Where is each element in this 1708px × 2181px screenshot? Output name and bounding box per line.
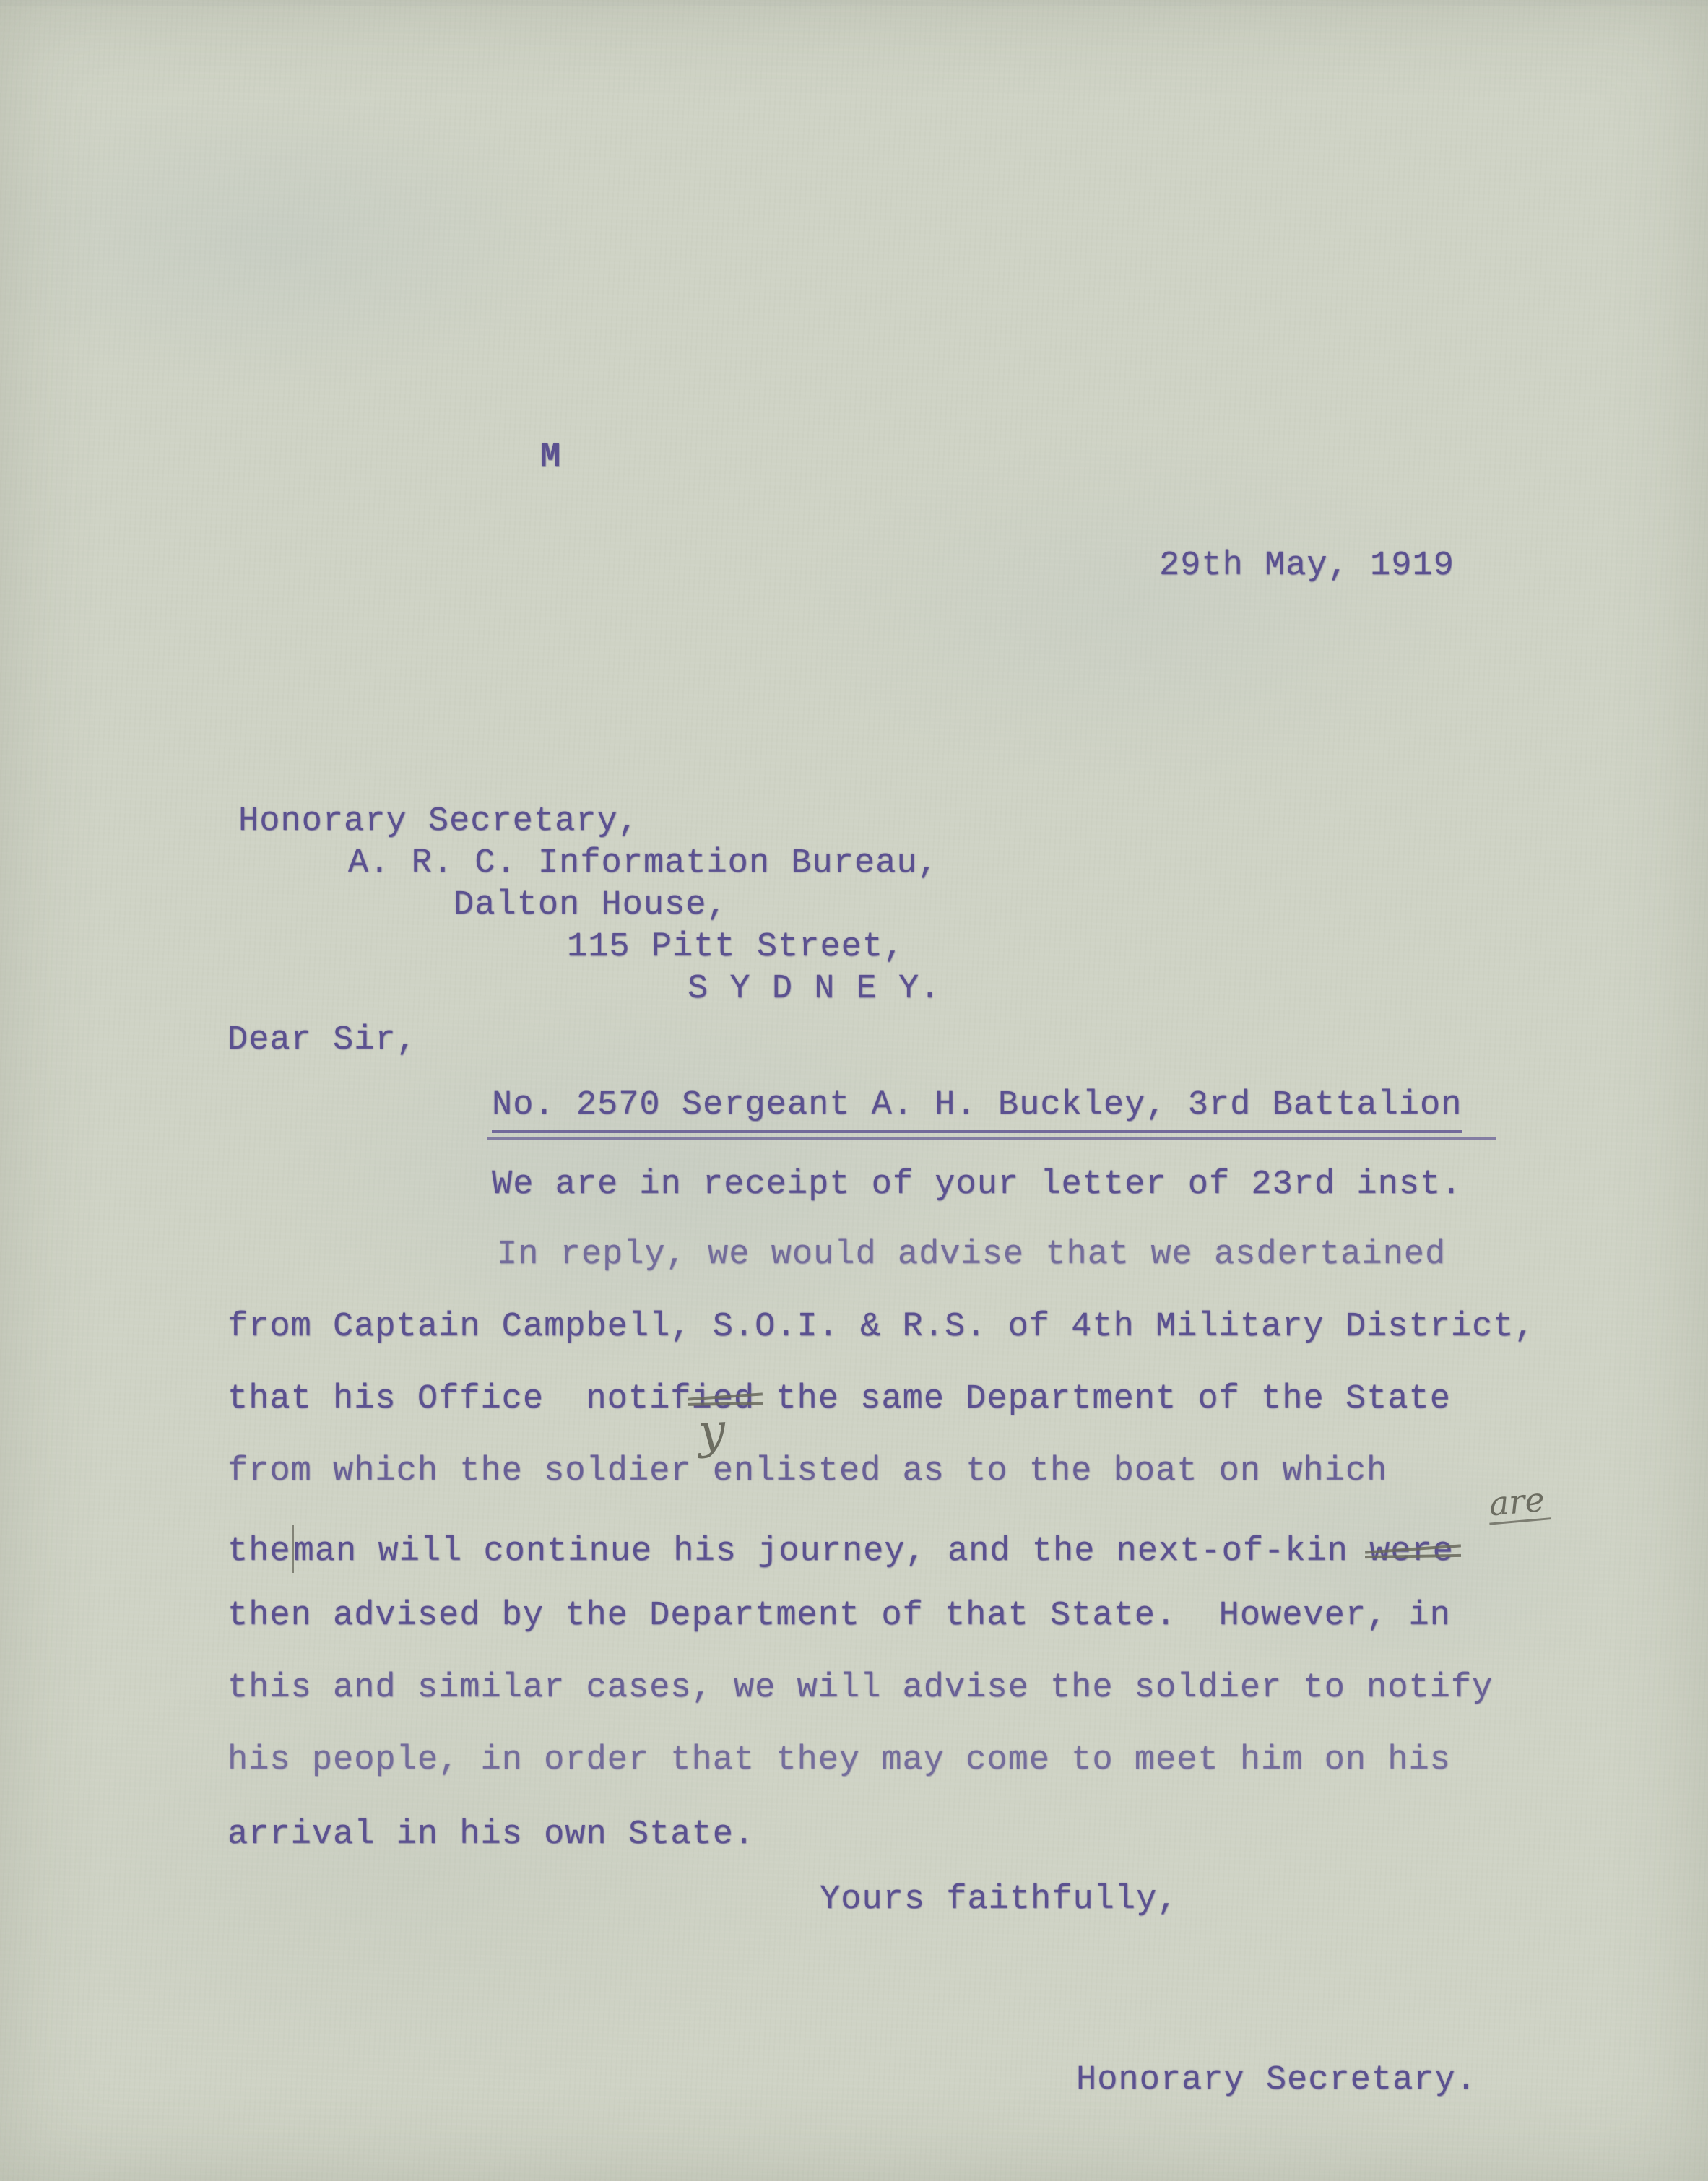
handwritten-correction-y: y bbox=[697, 1405, 727, 1458]
recipient-line-4: 115 Pitt Street, bbox=[567, 929, 904, 966]
body-line-6-pre: the bbox=[227, 1532, 291, 1571]
recipient-city: S Y D N E Y. bbox=[688, 970, 940, 1008]
recipient-line-2: A. R. C. Information Bureau, bbox=[348, 845, 939, 883]
body-line-5: from which the soldier enlisted as to th… bbox=[227, 1453, 1387, 1491]
body-line-4-post: the same Department of the State bbox=[755, 1380, 1451, 1418]
closing-line: Yours faithfully, bbox=[820, 1881, 1178, 1919]
body-line-2: In reply, we would advise that we asdert… bbox=[497, 1236, 1446, 1274]
reference-mark: M bbox=[540, 439, 561, 477]
date-line: 29th May, 1919 bbox=[1159, 547, 1455, 585]
recipient-line-1: Honorary Secretary, bbox=[238, 803, 639, 841]
struck-word-were: were bbox=[1369, 1533, 1454, 1571]
recipient-line-3: Dalton House, bbox=[454, 887, 728, 924]
body-line-8: this and similar cases, we will advise t… bbox=[227, 1670, 1493, 1707]
subject-text: No. 2570 Sergeant A. H. Buckley, 3rd Bat… bbox=[492, 1087, 1462, 1133]
subject-line: No. 2570 Sergeant A. H. Buckley, 3rd Bat… bbox=[492, 1087, 1462, 1133]
body-line-4-pre: that his Office notif bbox=[227, 1380, 692, 1418]
salutation: Dear Sir, bbox=[227, 1022, 417, 1059]
body-line-4: that his Office notified the same Depart… bbox=[227, 1381, 1451, 1418]
signature-title: Honorary Secretary. bbox=[1076, 2062, 1477, 2099]
body-line-7: then advised by the Department of that S… bbox=[227, 1597, 1451, 1635]
body-line-10: arrival in his own State. bbox=[227, 1816, 755, 1854]
body-line-6: theman will continue his journey, and th… bbox=[227, 1525, 1454, 1573]
handwritten-correction-are: are bbox=[1486, 1480, 1551, 1525]
body-line-6-mid: man will continue his journey, and the n… bbox=[294, 1532, 1369, 1571]
letter-page: M 29th May, 1919 Honorary Secretary, A. … bbox=[0, 0, 1708, 2181]
body-line-1: We are in receipt of your letter of 23rd… bbox=[492, 1166, 1462, 1204]
body-line-9: his people, in order that they may come … bbox=[227, 1742, 1451, 1779]
body-line-3: from Captain Campbell, S.O.I. & R.S. of … bbox=[227, 1309, 1535, 1346]
recipient-line-5: S Y D N E Y. bbox=[688, 971, 940, 1008]
